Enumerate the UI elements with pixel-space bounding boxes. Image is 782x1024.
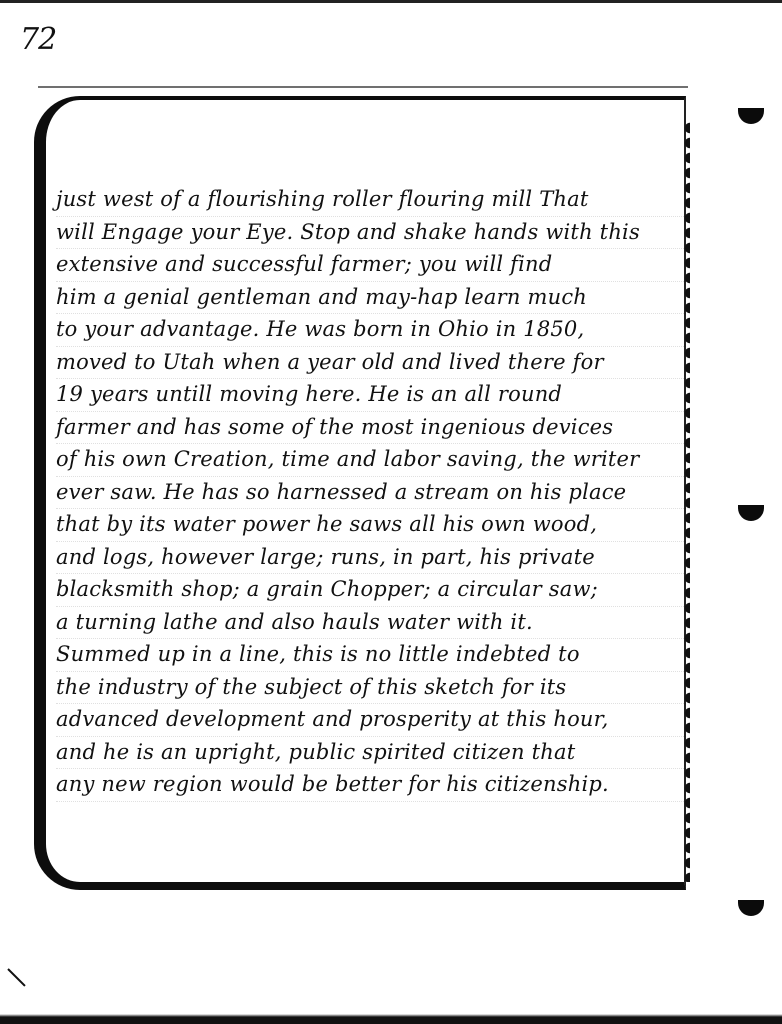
scan-bottom-edge	[0, 1014, 782, 1024]
notebook-page: just west of a flourishing roller flouri…	[34, 96, 686, 890]
text-line: and logs, however large; runs, in part, …	[56, 542, 686, 575]
text-line: moved to Utah when a year old and lived …	[56, 347, 686, 380]
text-line: a turning lathe and also hauls water wit…	[56, 607, 686, 640]
page-number: 72	[20, 22, 56, 57]
text-line: ever saw. He has so harnessed a stream o…	[56, 477, 686, 510]
scan-corner-mark	[7, 968, 25, 986]
binder-hole-icon	[738, 108, 764, 124]
text-line: to your advantage. He was born in Ohio i…	[56, 314, 686, 347]
binder-hole-icon	[738, 505, 764, 521]
text-line: that by its water power he saws all his …	[56, 509, 686, 542]
text-line: just west of a flourishing roller flouri…	[56, 184, 686, 217]
scan-top-edge	[0, 0, 782, 3]
text-line: him a genial gentleman and may-hap learn…	[56, 282, 686, 315]
text-line: 19 years untill moving here. He is an al…	[56, 379, 686, 412]
text-line: farmer and has some of the most ingeniou…	[56, 412, 686, 445]
text-line: Summed up in a line, this is no little i…	[56, 639, 686, 672]
text-line: blacksmith shop; a grain Chopper; a circ…	[56, 574, 686, 607]
text-line: the industry of the subject of this sket…	[56, 672, 686, 705]
header-rule	[38, 86, 688, 88]
text-line: and he is an upright, public spirited ci…	[56, 737, 686, 770]
text-line: extensive and successful farmer; you wil…	[56, 249, 686, 282]
text-line: of his own Creation, time and labor savi…	[56, 444, 686, 477]
text-line: will Engage your Eye. Stop and shake han…	[56, 217, 686, 250]
text-line: advanced development and prosperity at t…	[56, 704, 686, 737]
binder-hole-icon	[738, 900, 764, 916]
text-line: any new region would be better for his c…	[56, 769, 686, 802]
handwritten-text: just west of a flourishing roller flouri…	[56, 184, 686, 802]
